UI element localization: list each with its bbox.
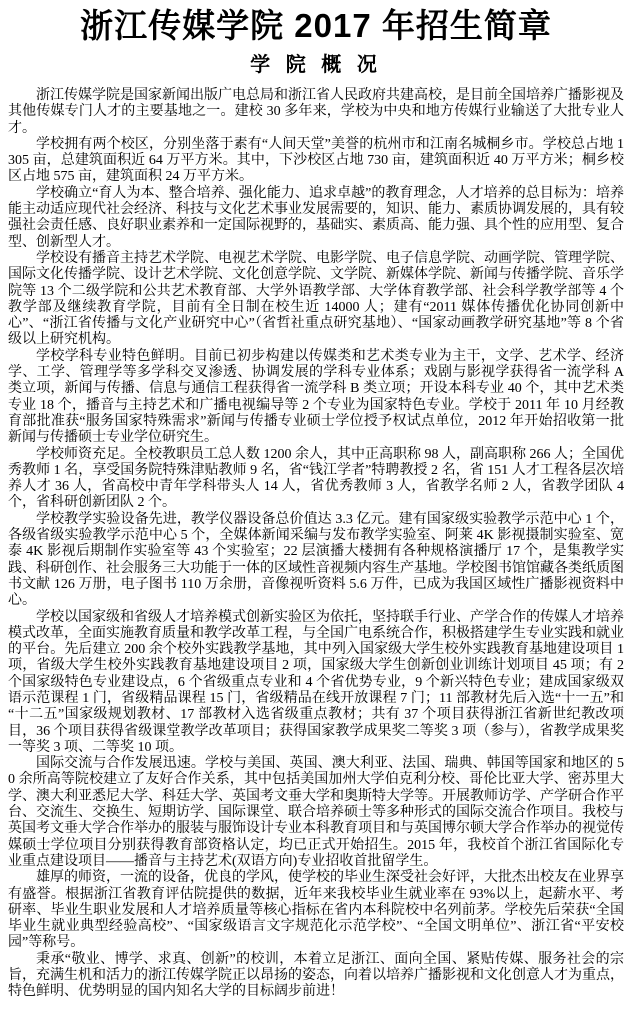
paragraph: 学校确立“育人为本、整合培养、强化能力、追求卓越”的教育理念，人才培养的总目标为…: [8, 186, 624, 251]
paragraph: 学校设有播音主持艺术学院、电视艺术学院、电影学院、电子信息学院、动画学院、管理学…: [8, 251, 624, 349]
paragraph: 雄厚的师资，一流的设备，优良的学风，使学校的毕业生深受社会好评，大批杰出校友在业…: [8, 870, 624, 951]
paragraph: 学校以国家级和省级人才培养模式创新实验区为依托，坚持联手行业、产学合作的传媒人才…: [8, 610, 624, 757]
document-body: 浙江传媒学院是国家新闻出版广电总局和浙江省人民政府共建高校，是目前全国培养广播影…: [8, 88, 624, 1001]
paragraph: 学校教学实验设备先进，教学仪器设备总价值达 3.3 亿元。建有国家级实验教学示范…: [8, 512, 624, 610]
paragraph: 学校拥有两个校区，分别坐落于素有“人间天堂”美誉的杭州市和江南名城桐乡市。学校总…: [8, 137, 624, 186]
section-title: 学 院 概 况: [8, 52, 624, 78]
page-title: 浙江传媒学院 2017 年招生简章: [8, 6, 624, 46]
paragraph: 学校师资充足。全校教职员工总人数 1200 余人，其中正高职称 98 人，副高职…: [8, 447, 624, 512]
paragraph: 学校学科专业特色鲜明。目前已初步构建以传媒类和艺术类专业为主干，文学、艺术学、经…: [8, 349, 624, 447]
paragraph: 国际交流与合作发展迅速。学校与美国、英国、澳大利亚、法国、瑞典、韩国等国家和地区…: [8, 756, 624, 870]
paragraph: 秉承“敬业、博学、求真、创新”的校训，本着立足浙江、面向全国、紧贴传媒、服务社会…: [8, 952, 624, 1001]
document-page: 浙江传媒学院 2017 年招生简章 学 院 概 况 浙江传媒学院是国家新闻出版广…: [0, 0, 632, 1017]
paragraph: 浙江传媒学院是国家新闻出版广电总局和浙江省人民政府共建高校，是目前全国培养广播影…: [8, 88, 624, 137]
